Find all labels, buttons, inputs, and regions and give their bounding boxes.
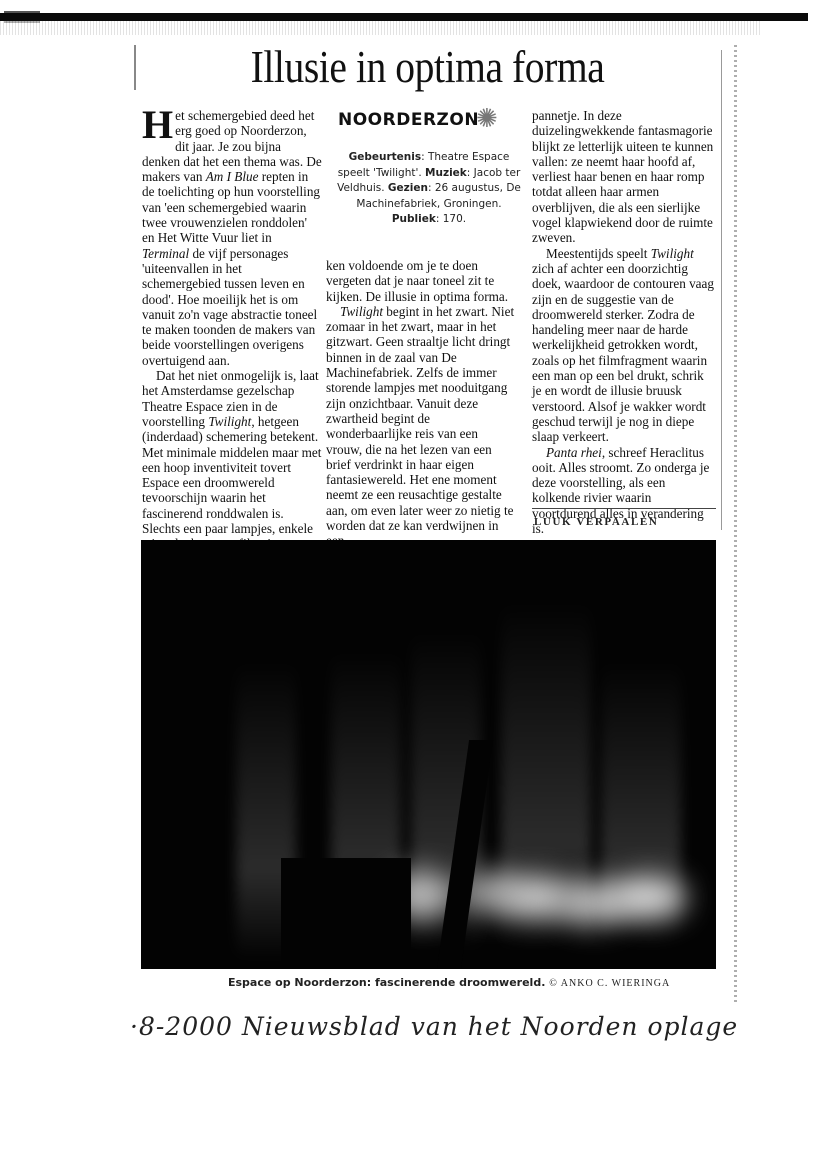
body-text: pannetje. In deze duizelingwekkende fant… <box>532 108 716 246</box>
photo-credit: © ANKO C. WIERINGA <box>549 978 670 989</box>
sun-icon: ✺ <box>476 104 498 134</box>
column-rule <box>721 50 722 530</box>
scan-right-edge <box>734 45 737 1005</box>
silhouette-object <box>281 858 411 968</box>
body-text: Meestentijds speelt <box>546 246 651 261</box>
byline-divider <box>532 508 716 509</box>
handwritten-note: ·8-2000 Nieuwsblad van het Noorden oplag… <box>130 1012 730 1041</box>
title-reference: Am I Blue <box>206 169 259 184</box>
scan-noise <box>0 21 760 35</box>
body-text: zich af achter een doorzichtig doek, waa… <box>532 261 714 444</box>
photo-caption: Espace op Noorderzon: fascinerende droom… <box>228 976 670 989</box>
info-label: Muziek <box>425 167 467 179</box>
author-byline: LUUK VERPAALEN <box>534 516 658 528</box>
left-margin-rule <box>134 45 136 90</box>
quote-reference: Panta rhei <box>546 445 602 460</box>
info-label: Publiek <box>392 213 436 225</box>
info-value: : 170. <box>436 213 466 225</box>
info-label: Gebeurtenis <box>349 151 422 163</box>
stage-photo <box>141 540 716 969</box>
article-column-1: Het schemergebied deed het erg goed op N… <box>142 108 322 567</box>
info-label: Gezien <box>388 182 428 194</box>
body-text: begint in het zwart. Niet zomaar in het … <box>326 304 514 548</box>
body-text: ken voldoende om je te doen vergeten dat… <box>326 258 516 304</box>
headline: Illusie in optima forma <box>180 38 675 96</box>
drop-cap: H <box>142 110 173 140</box>
scan-top-border <box>0 13 808 21</box>
body-text: de vijf personages 'uiteenvallen in het … <box>142 246 317 368</box>
stage-light <box>611 875 686 920</box>
title-reference: Twilight <box>208 414 251 429</box>
title-reference: Terminal <box>142 246 189 261</box>
caption-text: Espace op Noorderzon: fascinerende droom… <box>228 976 545 989</box>
title-reference: Twilight <box>340 304 383 319</box>
article-column-2: ken voldoende om je te doen vergeten dat… <box>326 258 516 549</box>
article-column-3: pannetje. In deze duizelingwekkende fant… <box>532 108 716 536</box>
noorderzon-logo: NOORDERZON ✺ <box>338 110 518 140</box>
logo-text: NOORDERZON <box>338 110 479 130</box>
event-infobox: Gebeurtenis: Theatre Espace speelt 'Twil… <box>334 150 524 228</box>
title-reference: Twilight <box>651 246 694 261</box>
